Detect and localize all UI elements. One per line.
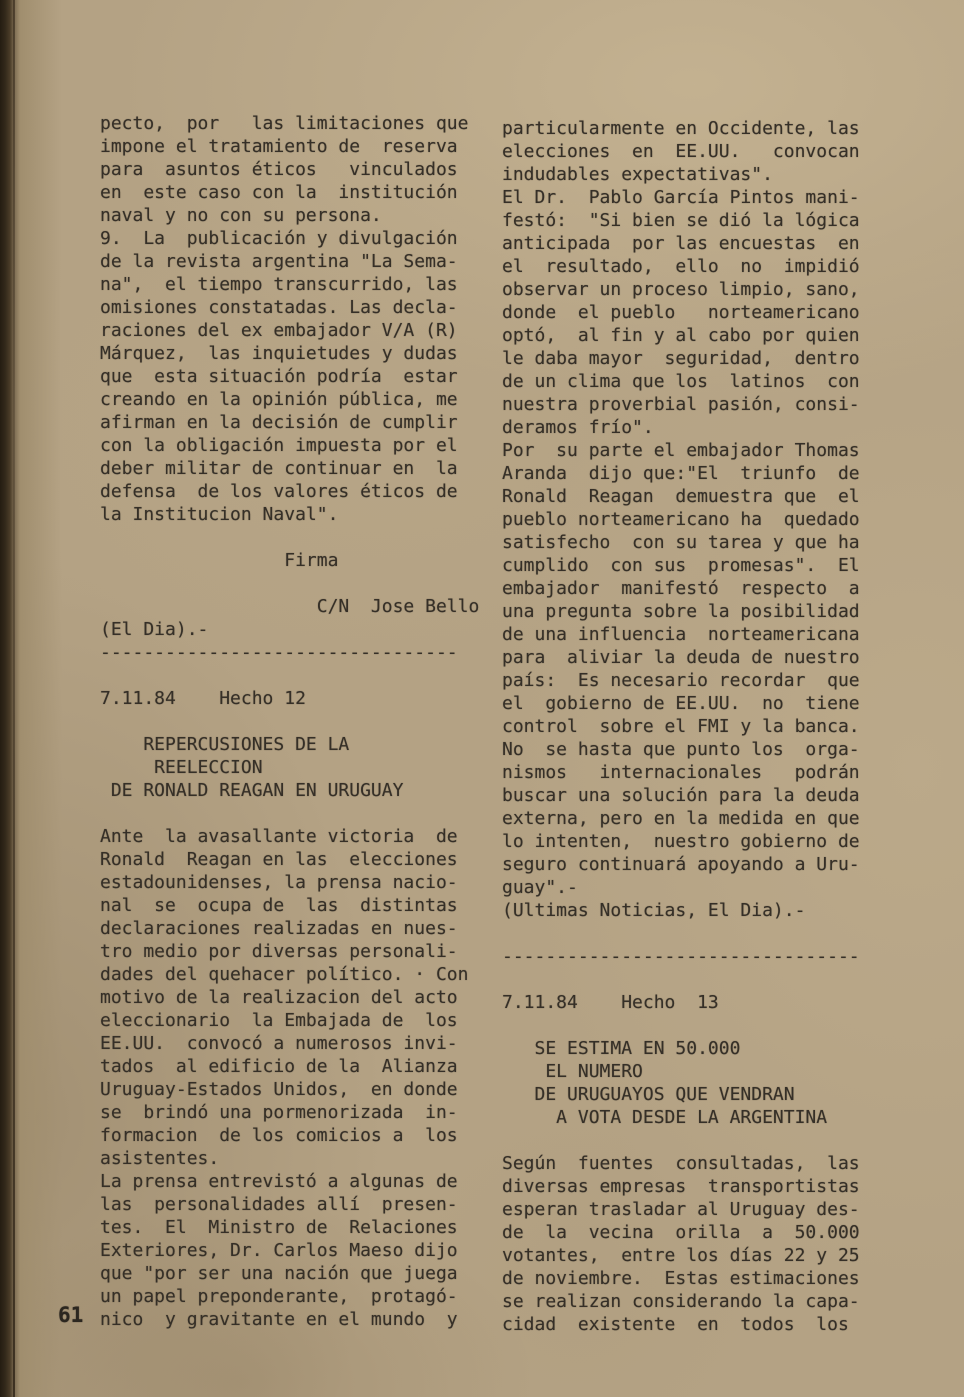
text-line: particularmente en Occidente, las [502,117,887,140]
text-line: control sobre el FMI y la banca. [502,715,887,738]
text-line: Márquez, las inquietudes y dudas [100,342,485,365]
text-line: nismos internacionales podrán [502,761,887,784]
text-line: en este caso con la institución [100,181,485,204]
text-line: 7.11.84 Hecho 12 [100,687,485,710]
text-line: de un clima que los latinos con [502,370,887,393]
text-line: Ante la avasallante victoria de [100,825,485,848]
text-line: el gobierno de EE.UU. no tiene [502,692,887,715]
text-line: A VOTA DESDE LA ARGENTINA [502,1106,887,1129]
text-line: La prensa entrevistó a algunas de [100,1170,485,1193]
text-line: Firma [100,549,485,572]
text-line: 7.11.84 Hecho 13 [502,991,887,1014]
text-line: DE RONALD REAGAN EN URUGUAY [100,779,485,802]
text-line: las personalidades allí presen- [100,1193,485,1216]
text-line [100,572,485,595]
text-line: afirman en la decisión de cumplir [100,411,485,434]
text-line: embajador manifestó respecto a [502,577,887,600]
text-line: estadounidenses, la prensa nacio- [100,871,485,894]
text-line: para asuntos éticos vinculados [100,158,485,181]
text-line: indudables expectativas". [502,163,887,186]
text-line: pueblo norteamericano ha quedado [502,508,887,531]
text-line: deramos frío". [502,416,887,439]
text-line: omisiones constatadas. Las decla- [100,296,485,319]
text-line: EL NUMERO [502,1060,887,1083]
text-line: 9. La publicación y divulgación [100,227,485,250]
text-line: formacion de los comicios a los [100,1124,485,1147]
text-line: satisfecho con su tarea y que ha [502,531,887,554]
text-line: votantes, entre los días 22 y 25 [502,1244,887,1267]
text-line: buscar una solución para la deuda [502,784,887,807]
text-line: REPERCUSIONES DE LA [100,733,485,756]
text-line: impone el tratamiento de reserva [100,135,485,158]
text-line: país: Es necesario recordar que [502,669,887,692]
text-line: para aliviar la deuda de nuestro [502,646,887,669]
text-line: tados al edificio de la Alianza [100,1055,485,1078]
text-line: que "por ser una nación que juega [100,1262,485,1285]
text-line: observar un proceso limpio, sano, [502,278,887,301]
text-line: eleccionario la Embajada de los [100,1009,485,1032]
text-line: se brindó una pormenorizada in- [100,1101,485,1124]
text-line: con la obligación impuesta por el [100,434,485,457]
text-line: (El Dia).- [100,618,485,641]
text-line: creando en la opinión pública, me [100,388,485,411]
text-line: optó, al fin y al cabo por quien [502,324,887,347]
text-line: que esta situación podría estar [100,365,485,388]
text-line: seguro continuará apoyando a Uru- [502,853,887,876]
text-line: de noviembre. Estas estimaciones [502,1267,887,1290]
text-line: de una influencia norteamericana [502,623,887,646]
text-line: Uruguay-Estados Unidos, en donde [100,1078,485,1101]
text-line [502,922,887,945]
text-line [100,664,485,687]
text-line: un papel preponderante, protagó- [100,1285,485,1308]
text-line: diversas empresas transportistas [502,1175,887,1198]
text-line [100,710,485,733]
text-line: defensa de los valores éticos de [100,480,485,503]
text-line: Ronald Reagan demuestra que el [502,485,887,508]
text-line: Según fuentes consultadas, las [502,1152,887,1175]
text-line: dades del quehacer político. · Con [100,963,485,986]
page-number: 61 [58,1303,83,1327]
text-line: Por su parte el embajador Thomas [502,439,887,462]
text-line [100,802,485,825]
text-line: elecciones en EE.UU. convocan [502,140,887,163]
scan-gutter-shadow [0,0,80,1397]
text-line: (Ultimas Noticias, El Dia).- [502,899,887,922]
text-line [502,1129,887,1152]
page-fold-line [13,0,15,1397]
text-line: El Dr. Pablo García Pintos mani- [502,186,887,209]
text-line: C/N Jose Bello [100,595,485,618]
text-line: Ronald Reagan en las elecciones [100,848,485,871]
text-line: --------------------------------- [100,641,485,664]
left-column: pecto, por las limitaciones queimpone el… [100,112,485,1331]
text-line: nuestra proverbial pasión, consi- [502,393,887,416]
text-line: el resultado, ello no impidió [502,255,887,278]
text-line: externa, pero en la medida en que [502,807,887,830]
text-line: EE.UU. convocó a numerosos invi- [100,1032,485,1055]
text-line: declaraciones realizadas en nues- [100,917,485,940]
text-line: DE URUGUAYOS QUE VENDRAN [502,1083,887,1106]
text-line: esperan trasladar al Uruguay des- [502,1198,887,1221]
text-line: Exteriores, Dr. Carlos Maeso dijo [100,1239,485,1262]
text-line: lo intenten, nuestro gobierno de [502,830,887,853]
text-line: --------------------------------- [502,945,887,968]
text-line: anticipada por las encuestas en [502,232,887,255]
text-line: se realizan considerando la capa- [502,1290,887,1313]
text-line: na", el tiempo transcurrido, las [100,273,485,296]
text-line: nal se ocupa de las distintas [100,894,485,917]
text-line: tes. El Ministro de Relaciones [100,1216,485,1239]
text-line: cidad existente en todos los [502,1313,887,1336]
text-line: No se hasta que punto los orga- [502,738,887,761]
text-line: motivo de la realizacion del acto [100,986,485,1009]
text-line: Aranda dijo que:"El triunfo de [502,462,887,485]
text-line: le daba mayor seguridad, dentro [502,347,887,370]
right-column: particularmente en Occidente, laseleccio… [502,117,887,1336]
text-line [502,1014,887,1037]
text-line: donde el pueblo norteamericano [502,301,887,324]
text-line: asistentes. [100,1147,485,1170]
text-line: de la vecina orilla a 50.000 [502,1221,887,1244]
text-line: raciones del ex embajador V/A (R) [100,319,485,342]
text-line: deber militar de continuar en la [100,457,485,480]
document-page: pecto, por las limitaciones queimpone el… [0,0,964,1397]
text-line [100,526,485,549]
text-line: de la revista argentina "La Sema- [100,250,485,273]
text-line: nico y gravitante en el mundo y [100,1308,485,1331]
text-line: cumplido con sus promesas". El [502,554,887,577]
text-line: festó: "Si bien se dió la lógica [502,209,887,232]
text-line: naval y no con su persona. [100,204,485,227]
text-line: tro medio por diversas personali- [100,940,485,963]
text-line [502,968,887,991]
text-line: una pregunta sobre la posibilidad [502,600,887,623]
text-line: la Institucion Naval". [100,503,485,526]
text-line: guay".- [502,876,887,899]
text-line: pecto, por las limitaciones que [100,112,485,135]
text-line: SE ESTIMA EN 50.000 [502,1037,887,1060]
text-line: REELECCION [100,756,485,779]
